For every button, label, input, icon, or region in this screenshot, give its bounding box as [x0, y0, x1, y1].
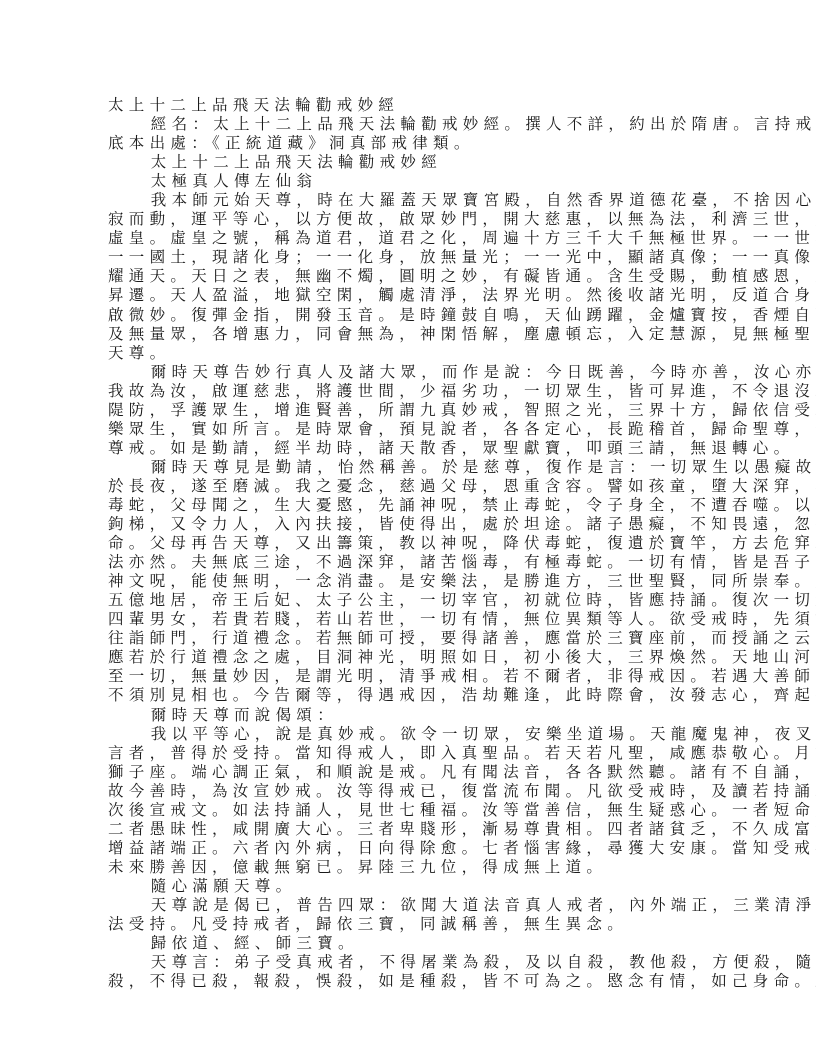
text-line: 四輩男女，若貴若賤，若山若世，一切有情，無位異類等人。欲受戒時，先須清淨，發弘誓…: [108, 610, 728, 629]
text-line: 次後宣戒文。如法持誦人，見世七種福。汝等當善信，無生疑惑心。一者短命人，應時得增…: [108, 801, 728, 820]
text-line: 寂而動，運平等心，以方便故，啟眾妙門，開大慈惠，以無為法，利濟三世，乃以化身，名…: [108, 210, 728, 229]
text-line: 我故為汝，啟運慈悲，將護世間，少福劣功，一切眾生，皆可昇進，不令退沒。故我今制無…: [108, 382, 728, 401]
text-line: 我以平等心，說是真妙戒。欲令一切眾，安樂坐道場。天龍魔鬼神，夜叉非人等。上首能: [108, 725, 728, 744]
text-line: 鉤梯，又令力人，入內扶接，皆使得出，處於坦途。諸子愚癡，不知畏遠，忽有再墮，必喪…: [108, 515, 728, 534]
text-line: 故今善時，為汝宣妙戒。汝等得戒已，復當流布聞。凡欲受戒時，及讀若持誦。先當皈三寶…: [108, 782, 728, 801]
text-line: 往詣師門，行道禮念。若無師可授，要得諸善，應當於三寶座前，而授誦之云：何名為得見…: [108, 629, 728, 648]
text-line: 太極真人傳左仙翁: [108, 172, 728, 191]
text-line: 太上十二上品飛天法輪勸戒妙經: [108, 153, 728, 172]
text-line: 法受持。凡受持戒者，歸依三寶，同誠稱善，無生異念。: [108, 915, 728, 934]
text-line: 樂眾生，實如所言。是時眾會，預見說者，各各定心，長跪稽首，歸命聖尊，普願大慈，授…: [108, 420, 728, 439]
text-line: 爾時天尊告妙行真人及諸大眾，而作是說：今日既善，今時亦善，汝心亦善，大眾亦善。: [108, 363, 728, 382]
text-line: 不須別見相也。今告爾等，得遇戒因，浩劫難逢，此時際會，汝發志心，齊起善念。: [108, 686, 728, 705]
text-line: 耀通天。天日之表，無幽不燭，圓明之妙，有礙皆通。含生受賜，動植感恩，三途罷對，六…: [108, 267, 728, 286]
text-line: 虛皇。虛皇之號，稱為道君，道君之化，周遍十方三千大千無極世界。一一世界，有諸國土…: [108, 229, 728, 248]
text-line: 神文呪，能使無明，一念消盡。是安樂法，是勝進方，三世聖賢，同所崇奉。乃至四八天界…: [108, 572, 728, 591]
text-line: 未來勝善因，億載無窮已。昇陸三九位，得成無上道。: [108, 858, 728, 877]
text-line: 毒蛇，父母聞之，生大憂愍，先誦神呪，禁止毒蛇，令子身全，不遭吞噬。以牢縛竇竿，及…: [108, 496, 728, 515]
text-line: 底本出處：《正統道藏》洞真部戒律類。: [108, 134, 728, 153]
document-title: 太上十二上品飛天法輪勸戒妙經: [108, 96, 728, 115]
document-page: 太上十二上品飛天法輪勸戒妙經經名：太上十二上品飛天法輪勸戒妙經。撰人不詳，約出於…: [108, 96, 728, 991]
text-line: 昇遷。天人盈溢，地獄空閑，觸處清淨，法界光明。然後收諸光明，反道合身，真儀湛然，…: [108, 286, 728, 305]
text-line: 於長夜，遂至磨滅。我之憂念，慈過父母，恩重含容。譬如孩童，墮大深穽，其穽幽險，多…: [108, 477, 728, 496]
text-line: 及無量眾，各增惠力，同會無為，神閑悟解，塵慮頓忘，入定慧源，見無極聖，同見無上元…: [108, 325, 728, 344]
text-line: 尊戒。如是勤請，經半劫時，諸天散香，眾聖獻寶，叩頭三請，無退轉心。: [108, 439, 728, 458]
text-line: 爾時天尊而說偈頌：: [108, 706, 728, 725]
text-line: 命。父母再告天尊，又出籌策，教以神呪，降伏毒蛇，復遺於寶竿，方去危穽。唯我今者，…: [108, 534, 728, 553]
text-line: 至一切，無量妙因，是謂光明，清爭戒相。若不爾者，非得戒因。若遇大善師，是名宿緣慶…: [108, 667, 728, 686]
text-line: 增益諸端正。六者內外病，日向得除愈。七者惱害緣，尋獲大安康。當知受戒者，其福德若…: [108, 839, 728, 858]
text-line: 一一國土，現諸化身；一一化身，放無量光；一一光中，顯諸真像；一一真像，圓光晃日，…: [108, 248, 728, 267]
text-line: 經名：太上十二上品飛天法輪勸戒妙經。撰人不詳，約出於隋唐。言持戒滅罪法。一卷。: [108, 115, 728, 134]
text-line: 爾時天尊見是勤請，怡然稱善。於是慈尊，復作是言：一切眾生以愚癡故，以貪著故，終: [108, 458, 728, 477]
text-line: 獅子座。端心調正氣，和順說是戒。凡有聞法音，各各默然聽。諸有不自誦，由信入福堂。…: [108, 763, 728, 782]
text-line: 隄防，孚護眾生，增進賢善，所謂九真妙戒，智照之光，三界十方，歸依信受。故我今說，…: [108, 401, 728, 420]
text-line: 我本師元始天尊，時在大羅蓋天眾寶宮殿，自然香界道德花臺，不捨因心，誓度含生。即: [108, 191, 728, 210]
text-line: 五億地居，帝王后妃、太子公主，一切宰官，初就位時，皆應持誦。復次一切道心、出家在…: [108, 591, 728, 610]
text-line: 啟微妙。復彈金指，開發玉音。是時鐘鼓自鳴，天仙踴躍，金爐寶按，香煙自薰。一切天人…: [108, 306, 728, 325]
text-line: 天尊說是偈已，普告四眾：欲聞大道法音真人戒者，內外端正，三業清淨，諦聽諦受，如: [108, 896, 728, 915]
text-line: 應若於行道禮念之處，目洞神光，明照如日，初小後大，三界煥然。天地山河，無有障礙，…: [108, 648, 728, 667]
text-line: 殺，不得已殺，報殺，悞殺，如是種殺，皆不可為之。愍念有情，如己身命。殺害之人，六…: [108, 972, 728, 991]
text-line: 二者愚昧性，咸開廣大心。三者卑賤形，漸易尊貴相。四者諸貧乏，不久成富饒。五者醜陋…: [108, 820, 728, 839]
text-line: 法亦然。夫無底三途，不過深穽，諸苦惱毒，有極毒蛇。一切有情，皆是吾子，而尊此戒。…: [108, 553, 728, 572]
text-line: 隨心滿願天尊。: [108, 877, 728, 896]
text-line: 天尊言：弟子受真戒者，不得屠業為殺，及以自殺，教他殺，方便殺，隨喜殺，乃至因緣: [108, 953, 728, 972]
text-line: 言者，普得於受持。當知得戒人，即入真聖品。若天若凡聖，咸應恭敬心。月朔月望時，昇…: [108, 744, 728, 763]
text-line: 歸依道、經、師三寶。: [108, 934, 728, 953]
text-line: 天尊。: [108, 344, 728, 363]
